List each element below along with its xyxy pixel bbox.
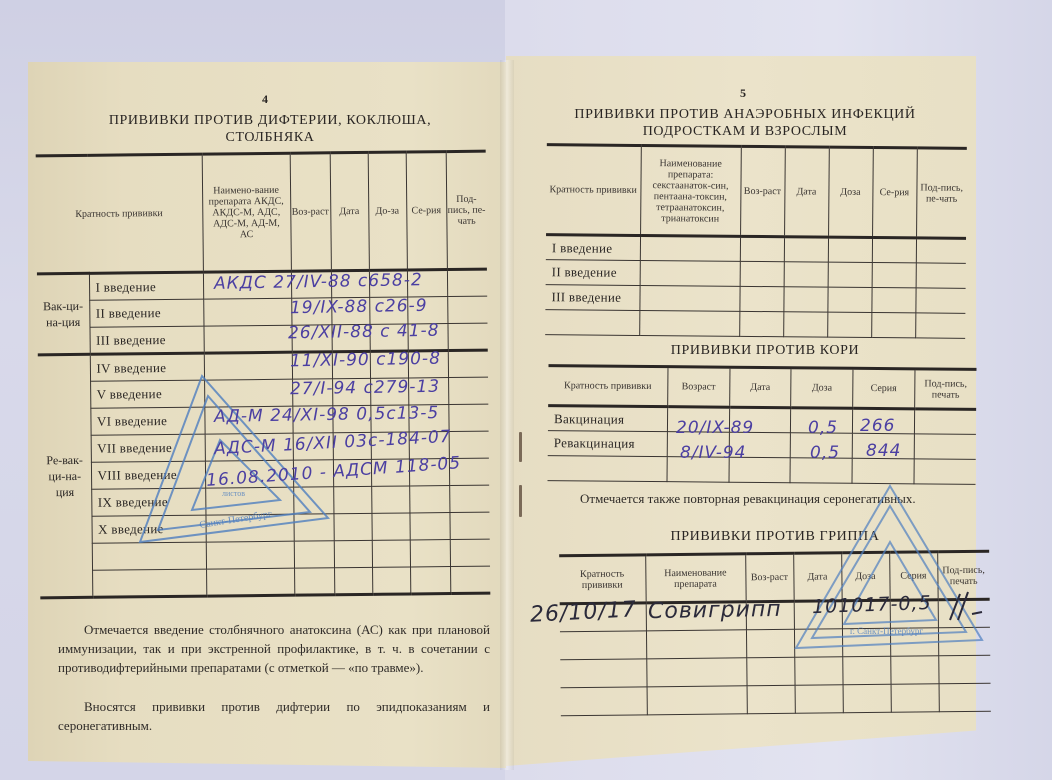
dose-cell[interactable] xyxy=(371,486,409,513)
series-cell[interactable] xyxy=(891,684,939,713)
dose-cell[interactable] xyxy=(371,513,409,540)
preparation-cell[interactable] xyxy=(206,541,294,569)
preparation-cell[interactable] xyxy=(203,298,291,326)
date-cell[interactable] xyxy=(333,486,371,513)
row-label: VII введение xyxy=(91,434,205,462)
header-signature: Под-пись, печать xyxy=(914,369,976,410)
header-date: Дата xyxy=(729,367,791,408)
date-cell[interactable] xyxy=(783,287,827,312)
signature-icon xyxy=(946,588,986,624)
row-label: III введение xyxy=(89,326,203,354)
row-label: IX введение xyxy=(91,488,205,516)
series-cell[interactable] xyxy=(410,540,450,567)
signature-cell[interactable] xyxy=(448,350,488,377)
header-dose: До-за xyxy=(368,152,407,270)
preparation-cell[interactable] xyxy=(204,379,292,407)
dose-cell[interactable] xyxy=(842,656,890,685)
staple-bottom xyxy=(519,485,522,517)
age-cell[interactable] xyxy=(739,286,783,311)
header-series: Се-рия xyxy=(872,148,917,238)
header-multiplicity: Кратность прививки xyxy=(546,145,641,236)
group-vaccination: Вак-ци-на-ция xyxy=(37,273,90,355)
table-row: II введение xyxy=(546,260,966,289)
title-line-2: СТОЛБНЯКА xyxy=(60,129,480,146)
dose-cell[interactable] xyxy=(827,312,871,337)
age-cell[interactable] xyxy=(746,657,794,686)
row-label: VIII введение xyxy=(91,461,205,489)
header-signature: Под-пись, пе-чать xyxy=(916,148,967,238)
signature-cell[interactable] xyxy=(914,409,976,435)
measles-vacc-date: 20/IX-89 xyxy=(676,418,754,438)
dose-cell[interactable] xyxy=(843,684,891,713)
date-cell[interactable] xyxy=(334,567,372,594)
handwriting-row-6: АД-М 24/XI-98 0,5с13-5 xyxy=(214,403,440,427)
diphtheria-epi-note: Вносятся прививки против дифтерии по эпи… xyxy=(58,697,490,735)
signature-cell[interactable] xyxy=(938,655,990,684)
signature-cell[interactable] xyxy=(448,404,488,431)
header-date: Дата xyxy=(784,147,829,237)
row-label: Ревакцинация xyxy=(548,431,668,457)
signature-cell[interactable] xyxy=(939,683,991,712)
preparation-cell[interactable] xyxy=(639,310,739,336)
signature-cell[interactable] xyxy=(447,269,487,296)
age-cell[interactable] xyxy=(740,236,784,261)
header-signature: Под-пись, пе-чать xyxy=(446,151,487,269)
series-cell[interactable] xyxy=(852,458,914,484)
signature-cell[interactable] xyxy=(915,313,965,338)
series-cell[interactable] xyxy=(890,628,938,657)
flu-title: ПРИВИВКИ ПРОТИВ ГРИППА xyxy=(620,528,930,545)
handwriting-row-2: 19/IX-88 с26-9 xyxy=(290,296,428,318)
preparation-cell[interactable] xyxy=(204,352,292,380)
series-cell[interactable] xyxy=(409,486,449,513)
flu-preparation-handwriting: Совигрипп xyxy=(648,597,782,624)
preparation-cell[interactable] xyxy=(640,235,740,261)
row-label: I введение xyxy=(546,235,640,261)
diphtheria-table: Кратность прививки Наимено-вание препара… xyxy=(36,150,491,600)
series-cell[interactable] xyxy=(890,656,938,685)
signature-cell[interactable] xyxy=(915,288,965,313)
handwriting-row-4: 11/XI-90 с190-8 xyxy=(290,349,441,372)
header-age: Возраст xyxy=(667,367,729,408)
series-cell[interactable] xyxy=(409,513,449,540)
row-label xyxy=(545,310,639,336)
title-line-1: ПРИВИВКИ ПРОТИВ АНАЭРОБНЫХ ИНФЕКЦИЙ xyxy=(540,106,950,123)
header-dose: Доза xyxy=(791,368,853,409)
multiplicity-cell[interactable] xyxy=(561,687,647,716)
signature-cell[interactable] xyxy=(448,377,488,404)
signature-cell[interactable] xyxy=(916,263,966,288)
row-label xyxy=(92,569,206,597)
date-cell[interactable] xyxy=(783,312,827,337)
age-cell[interactable] xyxy=(740,261,784,286)
measles-note: Отмечается также повторная ревакцинация … xyxy=(560,489,976,508)
signature-cell[interactable] xyxy=(450,539,490,566)
booklet-spine xyxy=(500,60,514,770)
measles-revacc-series: 844 xyxy=(866,441,901,461)
row-label: I введение xyxy=(89,272,203,300)
preparation-cell[interactable] xyxy=(205,487,293,515)
preparation-cell[interactable] xyxy=(647,686,747,715)
page-number-left: 4 xyxy=(262,92,268,107)
header-series: Серия xyxy=(853,368,915,409)
preparation-cell[interactable] xyxy=(203,325,291,353)
measles-title: ПРИВИВКИ ПРОТИВ КОРИ xyxy=(600,342,930,359)
measles-vacc-series: 266 xyxy=(860,416,895,436)
age-cell[interactable] xyxy=(294,568,334,595)
table-row xyxy=(548,456,976,485)
row-label: X введение xyxy=(91,515,205,543)
age-cell[interactable] xyxy=(293,514,333,541)
table-row xyxy=(545,310,965,339)
multiplicity-cell[interactable] xyxy=(560,631,646,660)
row-label: II введение xyxy=(546,260,640,286)
row-label: V введение xyxy=(90,380,204,408)
dose-cell[interactable] xyxy=(842,628,890,657)
header-preparation: Наименование препарата: секстаанаток-син… xyxy=(640,145,741,236)
dose-cell[interactable] xyxy=(372,567,410,594)
series-cell[interactable] xyxy=(410,567,450,594)
flu-table: Кратность прививки Наименование препарат… xyxy=(559,550,991,716)
series-cell[interactable] xyxy=(871,313,915,338)
series-cell[interactable] xyxy=(872,238,916,263)
handwriting-row-3: 26/XII-88 с 41-8 xyxy=(288,321,440,344)
signature-cell[interactable] xyxy=(447,296,487,323)
table-row: Вакцинация xyxy=(548,406,976,435)
header-date: Дата xyxy=(330,152,369,270)
preparation-cell[interactable] xyxy=(646,630,746,659)
dose-cell[interactable] xyxy=(372,540,410,567)
preparation-cell[interactable] xyxy=(206,568,294,596)
header-multiplicity: Кратность прививки xyxy=(548,366,668,407)
age-cell[interactable] xyxy=(747,685,795,714)
multiplicity-cell[interactable] xyxy=(560,659,646,688)
table-row: I введение xyxy=(546,235,966,264)
table-row xyxy=(561,683,991,716)
signature-cell[interactable] xyxy=(914,434,976,460)
age-cell[interactable] xyxy=(294,541,334,568)
header-date: Дата xyxy=(793,553,842,602)
anaerobic-table: Кратность прививки Наименование препарат… xyxy=(545,143,967,339)
staple-top xyxy=(519,432,522,462)
header-age: Воз-раст xyxy=(745,553,794,602)
handwriting-row-1: АКДС 27/IV-88 с658-2 xyxy=(214,270,423,294)
table-row xyxy=(560,627,990,660)
header-preparation: Наимено-вание препарата АКДС, АКДС-М, АД… xyxy=(202,153,291,272)
age-cell[interactable] xyxy=(739,311,783,336)
age-cell[interactable] xyxy=(746,629,794,658)
signature-cell[interactable] xyxy=(914,459,976,485)
dose-cell[interactable] xyxy=(827,287,871,312)
date-cell[interactable] xyxy=(784,237,828,262)
title-line-2: ПОДРОСТКАМ И ВЗРОСЛЫМ xyxy=(540,123,950,140)
signature-cell[interactable] xyxy=(938,627,990,656)
row-label: IV введение xyxy=(90,353,204,381)
date-cell[interactable] xyxy=(784,262,828,287)
date-cell[interactable] xyxy=(333,513,371,540)
dose-cell[interactable] xyxy=(828,262,872,287)
row-label: VI введение xyxy=(90,407,204,435)
date-cell[interactable] xyxy=(795,685,843,714)
table-row: Ревакцинация xyxy=(548,431,976,460)
table-row xyxy=(560,655,990,688)
header-age: Воз-раст xyxy=(290,153,331,271)
group-revaccination: Ре-вак-ци-на-ция xyxy=(38,354,93,598)
date-cell[interactable] xyxy=(794,629,842,658)
header-multiplicity: Кратность прививки xyxy=(36,154,203,274)
row-label: Вакцинация xyxy=(548,406,668,432)
table-row xyxy=(40,566,490,598)
row-label xyxy=(548,456,668,482)
date-cell[interactable] xyxy=(334,540,372,567)
measles-revacc-dose: 0,5 xyxy=(810,443,840,463)
header-preparation: Наименование препарата xyxy=(645,554,745,603)
measles-revacc-date: 8/IV-94 xyxy=(680,443,746,463)
row-label: III введение xyxy=(545,285,639,311)
signature-cell[interactable] xyxy=(449,485,489,512)
measles-vacc-dose: 0,5 xyxy=(808,418,838,438)
date-cell[interactable] xyxy=(794,657,842,686)
header-age: Воз-раст xyxy=(740,146,785,236)
table-row: III введение xyxy=(545,285,965,314)
flu-series-dose-handwriting: 101017-0,5 xyxy=(812,592,932,618)
dose-cell[interactable] xyxy=(828,237,872,262)
preparation-cell[interactable] xyxy=(205,514,293,542)
diphtheria-title: ПРИВИВКИ ПРОТИВ ДИФТЕРИИ, КОКЛЮША, СТОЛБ… xyxy=(60,112,480,146)
preparation-cell[interactable] xyxy=(640,260,740,286)
header-dose: Доза xyxy=(828,147,873,237)
signature-cell[interactable] xyxy=(916,238,966,263)
measles-table: Кратность прививки Возраст Дата Доза Сер… xyxy=(547,364,976,485)
series-cell[interactable] xyxy=(871,288,915,313)
preparation-cell[interactable] xyxy=(639,285,739,311)
signature-cell[interactable] xyxy=(447,323,487,350)
anaerobic-title: ПРИВИВКИ ПРОТИВ АНАЭРОБНЫХ ИНФЕКЦИЙ ПОДР… xyxy=(540,106,950,140)
handwriting-row-5: 27/I-94 с279-13 xyxy=(290,377,440,400)
signature-cell[interactable] xyxy=(450,566,490,593)
title-line-1: ПРИВИВКИ ПРОТИВ ДИФТЕРИИ, КОКЛЮША, xyxy=(60,112,480,129)
age-cell[interactable] xyxy=(293,487,333,514)
preparation-cell[interactable] xyxy=(646,658,746,687)
header-series: Се-рия xyxy=(406,152,447,270)
signature-cell[interactable] xyxy=(449,512,489,539)
series-cell[interactable] xyxy=(872,263,916,288)
page-number-right: 5 xyxy=(740,86,746,101)
tetanus-note: Отмечается введение столбнячного анатокс… xyxy=(58,620,490,677)
row-label xyxy=(92,542,206,570)
row-label: II введение xyxy=(89,299,203,327)
